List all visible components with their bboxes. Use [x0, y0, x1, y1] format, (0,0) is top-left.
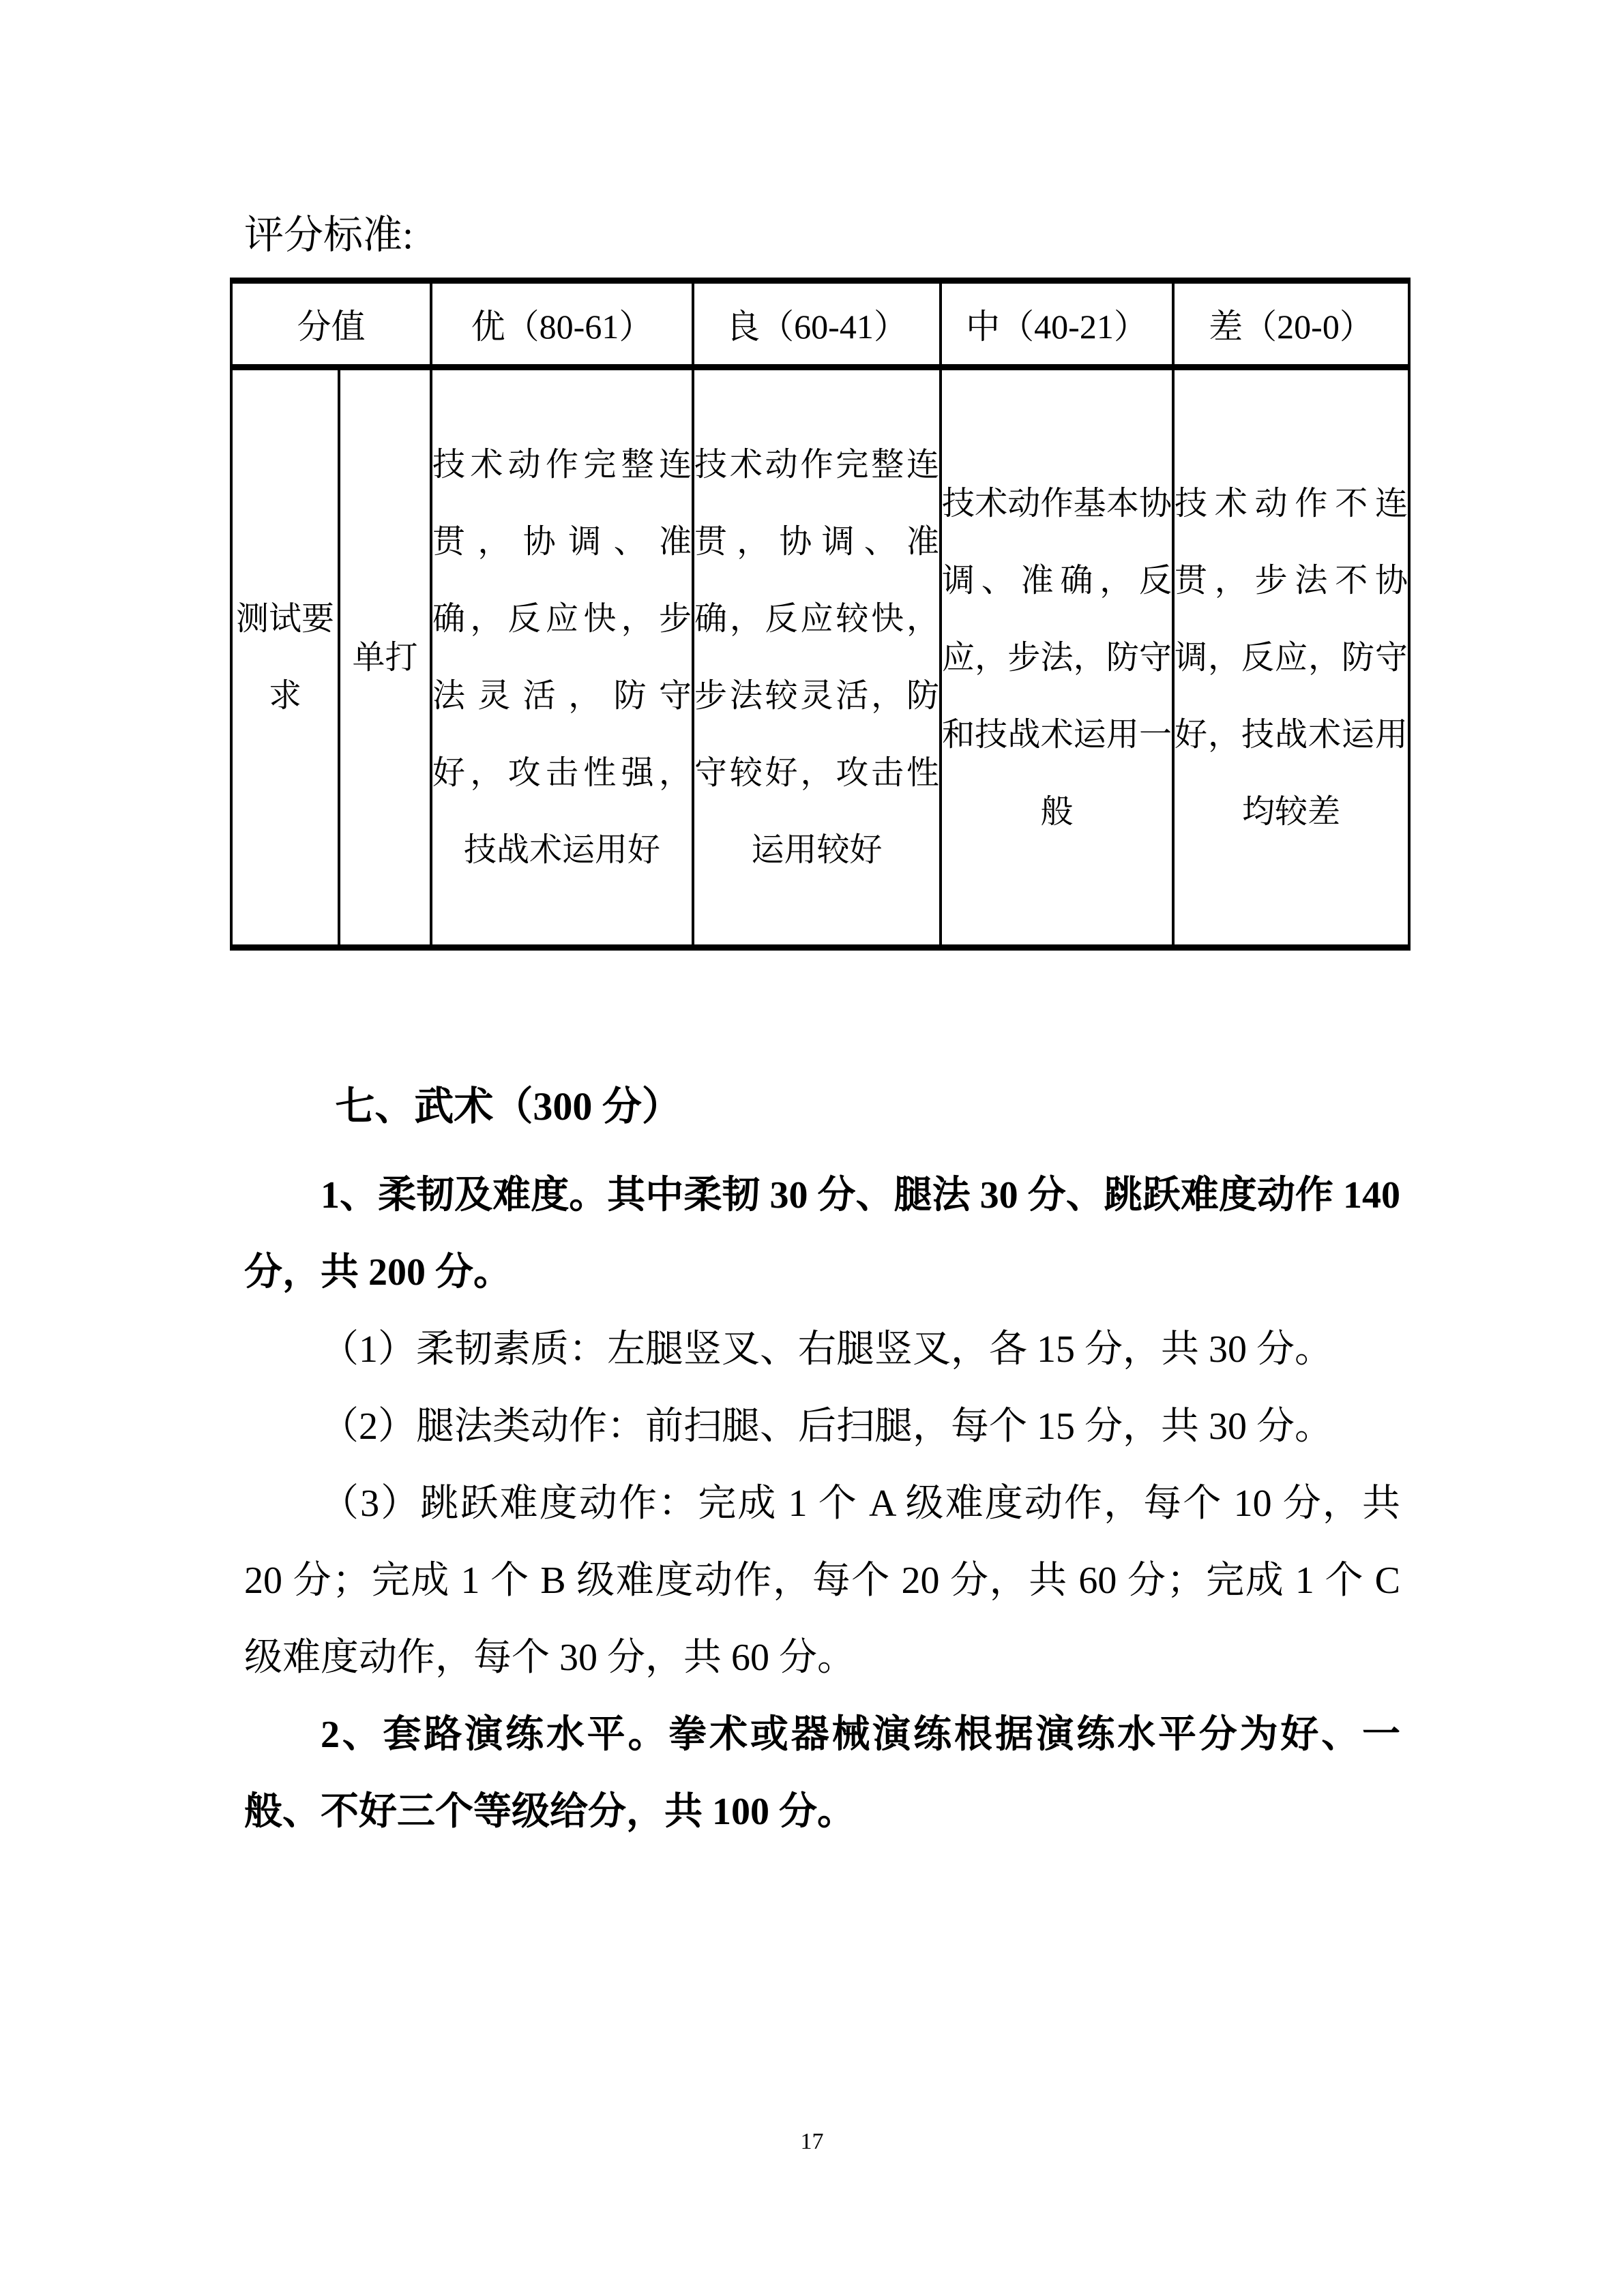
desc-cell-poor: 技术动作不连贯，步法不协调，反应，防守好，技战术运用均较差 [1173, 368, 1409, 948]
document-page: 评分标准: 分值 优（80-61） 良（60-41） 中（40-21） 差（20… [0, 0, 1624, 2296]
desc-cell-medium: 技术动作基本协调、准确，反应，步法，防守和技战术运用一般 [941, 368, 1173, 948]
paragraph-jump-difficulty: （3）跳跃难度动作：完成 1 个 A 级难度动作，每个 10 分，共 20 分；… [244, 1465, 1400, 1697]
score-standard-label: 评分标准: [244, 213, 413, 258]
header-cell-medium: 中（40-21） [941, 281, 1173, 368]
header-cell-good: 良（60-41） [693, 281, 941, 368]
desc-cell-good: 技术动作完整连贯，协调、准确，反应较快，步法较灵活，防守较好，攻击性运用较好 [693, 368, 941, 948]
paragraph-flexibility-difficulty: 1、柔韧及难度。其中柔韧 30 分、腿法 30 分、跳跃难度动作 140 分，共… [244, 1157, 1400, 1311]
paragraph-flexibility-quality: （1）柔韧素质：左腿竖叉、右腿竖叉，各 15 分，共 30 分。 [244, 1311, 1400, 1388]
row-label-test-requirement: 测试要求 [231, 368, 339, 948]
desc-cell-excellent: 技术动作完整连贯，协调、准确，反应快，步法灵活，防守好，攻击性强，技战术运用好 [431, 368, 693, 948]
row-label-single-fight: 单打 [339, 368, 431, 948]
section-wushu: 七、武术（300 分） 1、柔韧及难度。其中柔韧 30 分、腿法 30 分、跳跃… [244, 1068, 1400, 1851]
header-cell-score: 分值 [231, 281, 431, 368]
paragraph-routine-performance: 2、套路演练水平。拳术或器械演练根据演练水平分为好、一般、不好三个等级给分，共 … [244, 1697, 1400, 1851]
section-title: 七、武术（300 分） [244, 1068, 1400, 1145]
page-number: 17 [0, 2129, 1624, 2155]
header-cell-poor: 差（20-0） [1173, 281, 1409, 368]
table-header-row: 分值 优（80-61） 良（60-41） 中（40-21） 差（20-0） [231, 281, 1409, 368]
table-body-row: 测试要求 单打 技术动作完整连贯，协调、准确，反应快，步法灵活，防守好，攻击性强… [231, 368, 1409, 948]
score-standard-table: 分值 优（80-61） 良（60-41） 中（40-21） 差（20-0） 测试… [230, 278, 1411, 951]
header-cell-excellent: 优（80-61） [431, 281, 693, 368]
paragraph-leg-techniques: （2）腿法类动作：前扫腿、后扫腿，每个 15 分，共 30 分。 [244, 1388, 1400, 1465]
